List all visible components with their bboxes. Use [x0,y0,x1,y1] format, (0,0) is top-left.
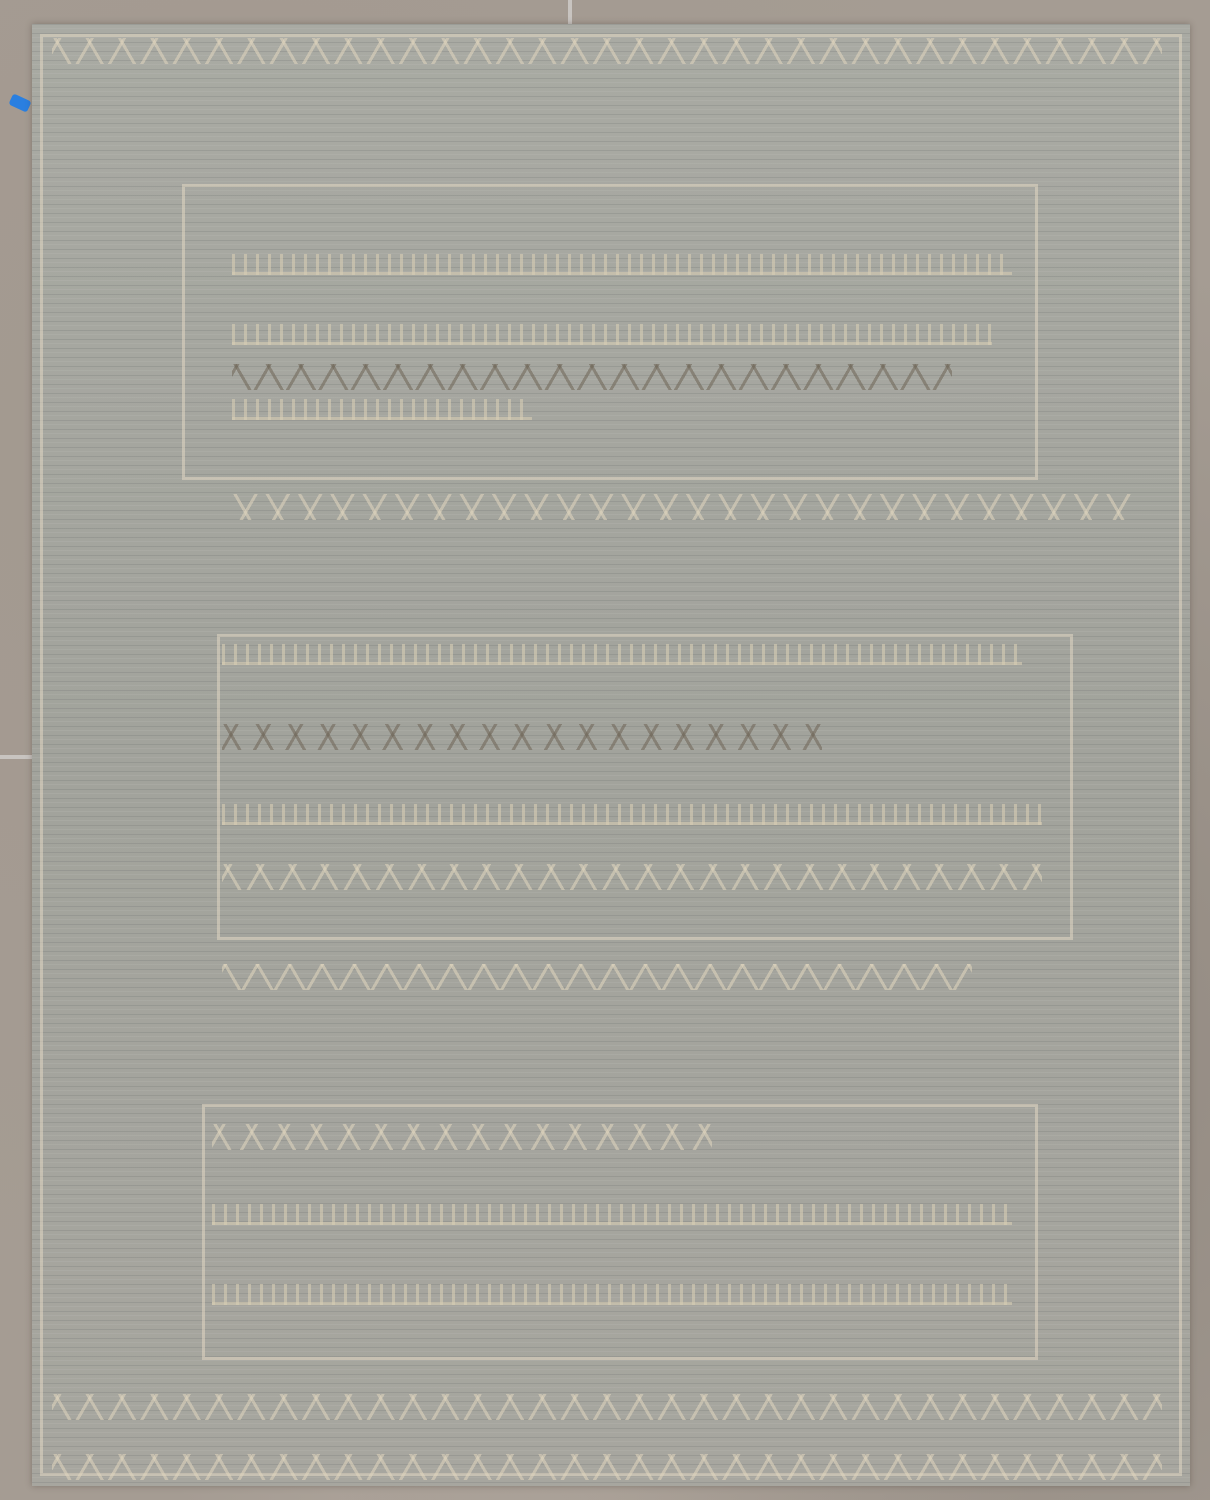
motif-row [232,324,992,345]
motif-row [232,494,1132,520]
motif-row [212,1204,1012,1225]
motif-row [52,38,1162,64]
floor-seam [0,755,32,759]
motif-row [52,1454,1162,1480]
motif-row [232,254,1012,275]
rug [32,24,1190,1486]
motif-row [222,804,1042,825]
motif-row [222,864,1042,890]
motif-row [212,1284,1012,1305]
motif-row [222,724,822,750]
floor-seam [568,0,572,24]
motif-row [222,644,1022,665]
motif-row [212,1124,712,1150]
motif-row [222,964,972,990]
motif-row [232,364,952,390]
motif-row [232,399,532,420]
motif-row [52,1394,1162,1420]
inner-panel-middle [217,634,1073,940]
